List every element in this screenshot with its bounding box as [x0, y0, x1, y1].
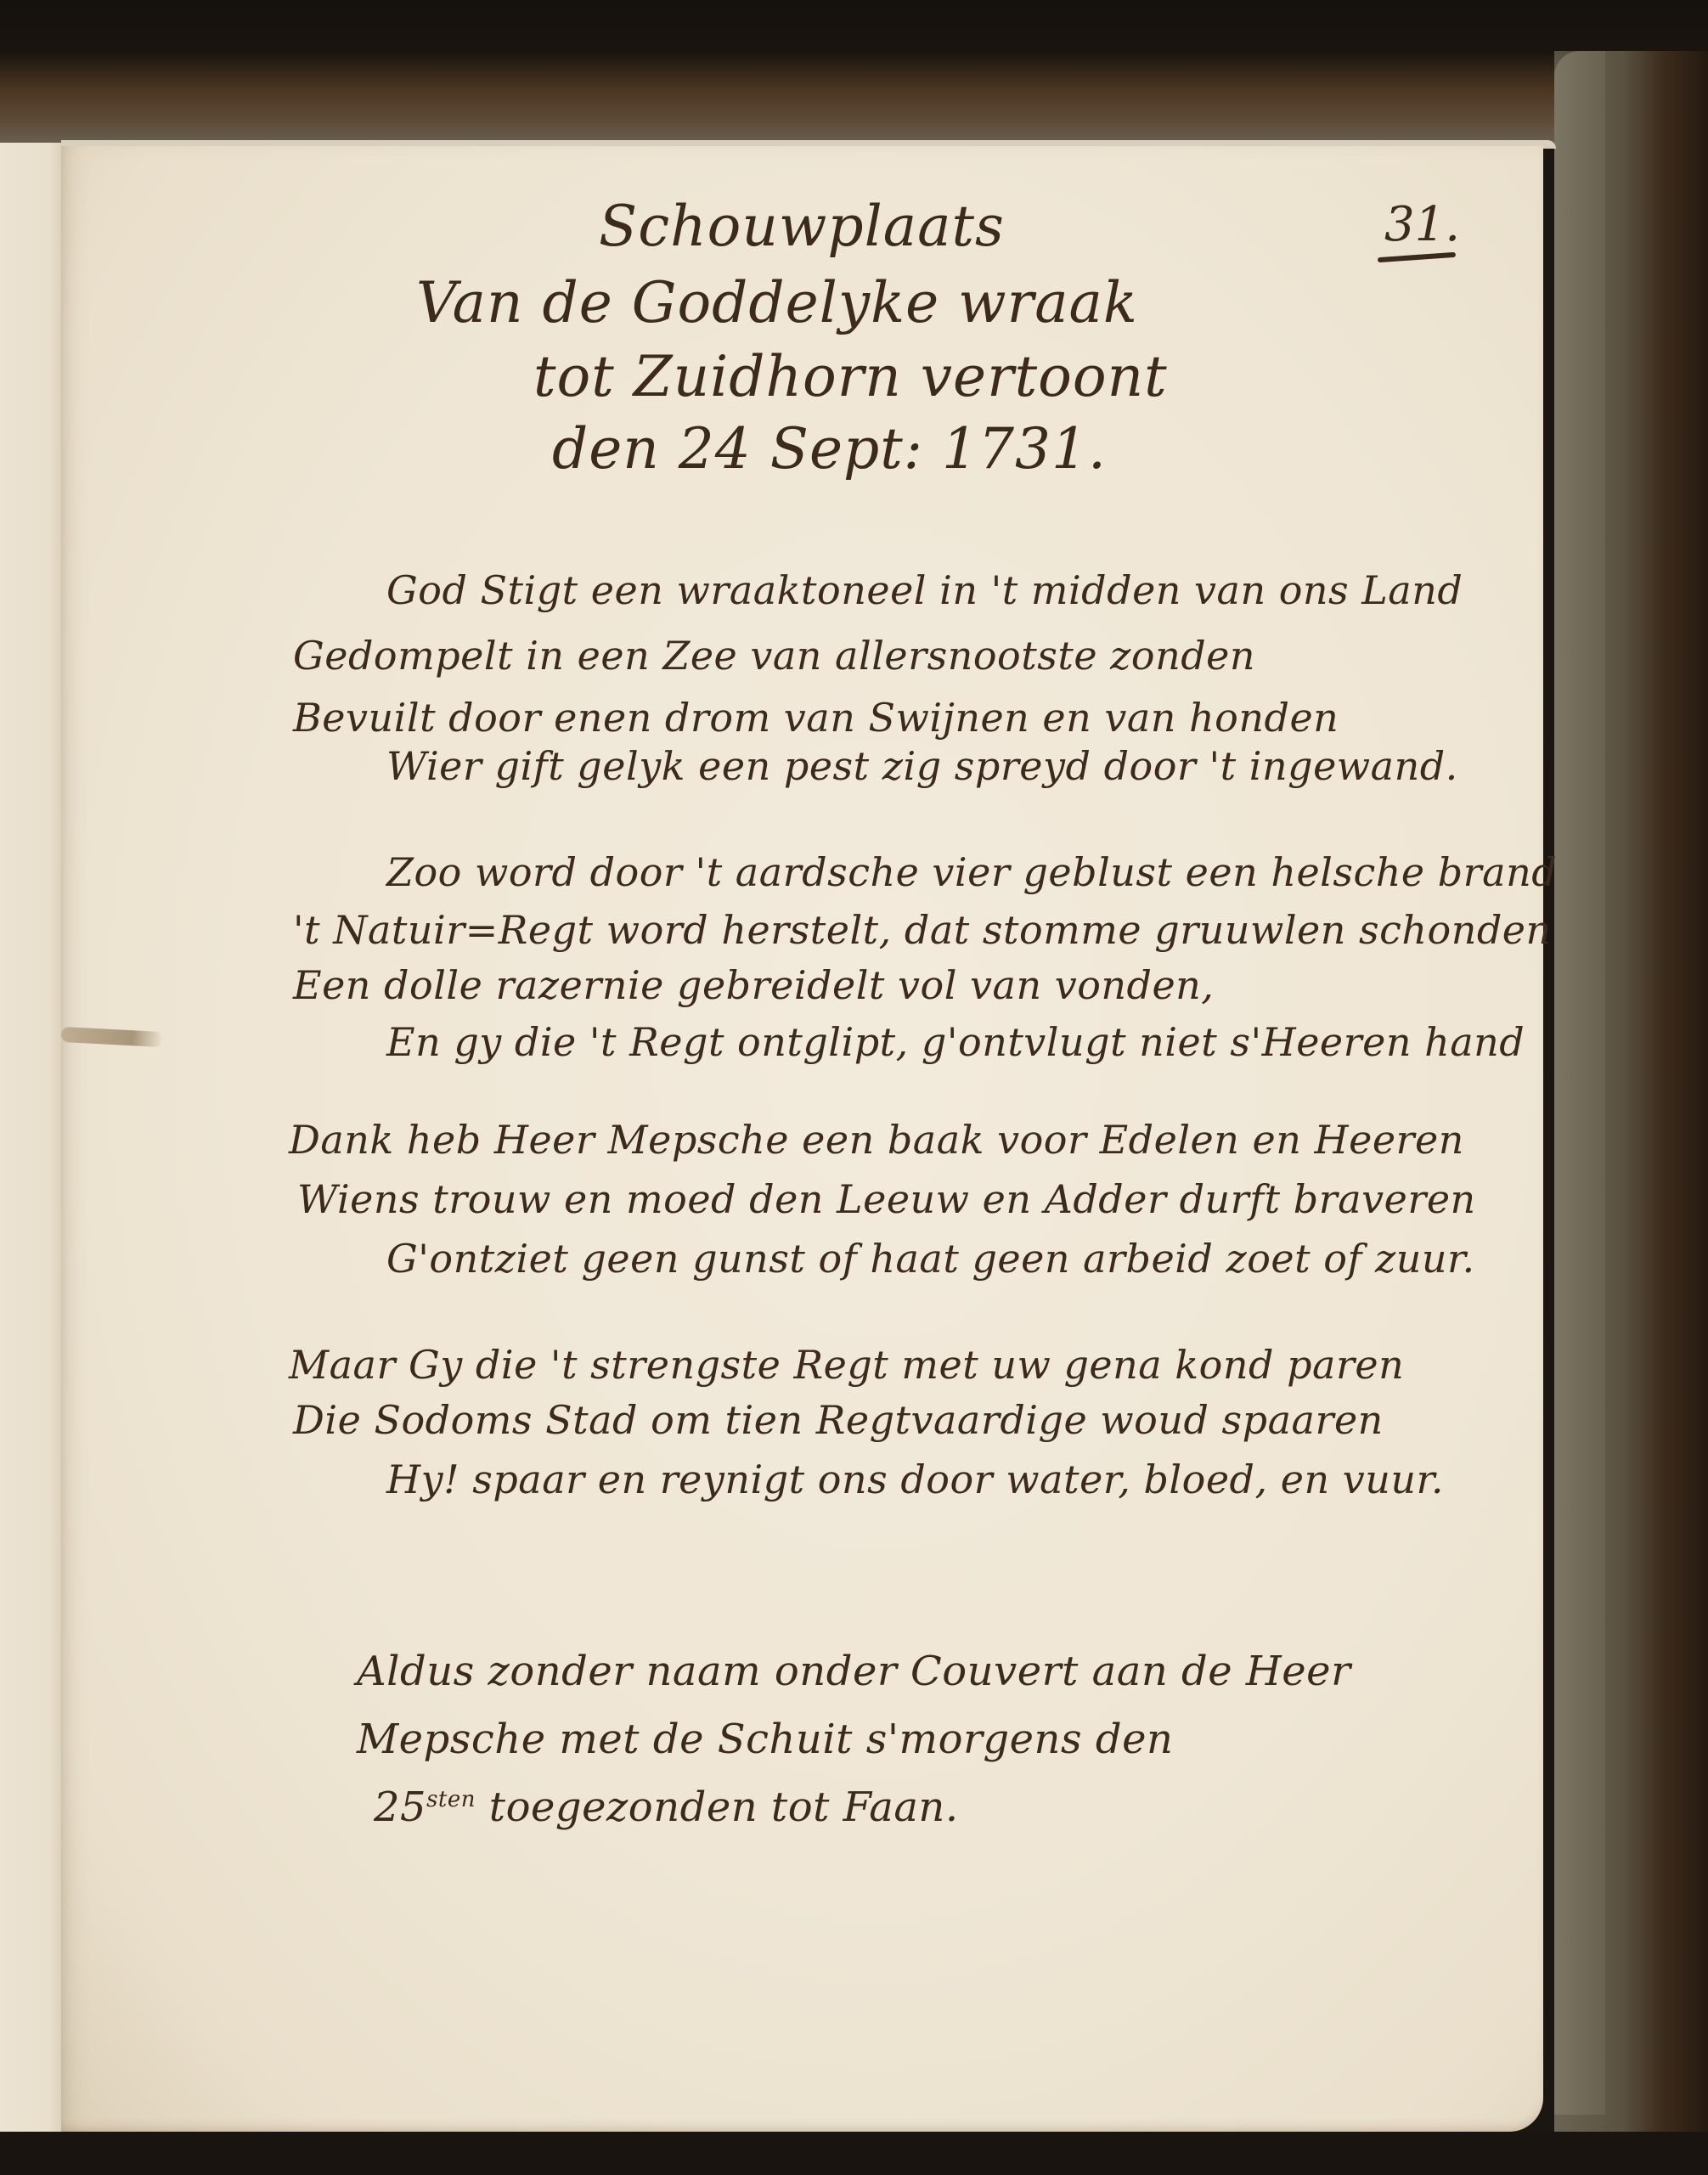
note-line-1: Aldus zonder naam onder Couvert aan de H… — [357, 1648, 1351, 1695]
stanza-1-line-2: Gedompelt in een Zee van allersnootste z… — [293, 633, 1255, 679]
stanza-3-line-1: Dank heb Heer Mepsche een baak voor Edel… — [289, 1117, 1464, 1163]
title-line-2: Van de Goddelyke wraak — [416, 270, 1138, 335]
stanza-4-line-3: Hy! spaar en reynigt ons door water, blo… — [386, 1457, 1444, 1502]
stanza-1-line-1: God Stigt een wraaktoneel in 't midden v… — [386, 567, 1463, 613]
stanza-2-line-1: Zoo word door 't aardsche vier geblust e… — [386, 849, 1557, 895]
stanza-4-line-2: Die Sodoms Stad om tien Regtvaardige wou… — [293, 1397, 1384, 1443]
note-line-3-text: toegezonden tot Faan. — [489, 1783, 959, 1831]
title-line-1: Schouwplaats — [599, 194, 1005, 259]
stanza-1-line-4: Wier gift gelyk een pest zig spreyd door… — [386, 743, 1458, 789]
stanza-2-line-2: 't Natuir=Regt word herstelt, dat stomme… — [293, 907, 1552, 953]
background-bottom — [0, 2132, 1708, 2175]
title-line-3: tot Zuidhorn vertoont — [533, 344, 1168, 409]
stanza-3-line-3: G'ontziet geen gunst of haat geen arbeid… — [386, 1236, 1475, 1282]
page-stack-edge — [1554, 51, 1605, 2115]
stanza-1-line-3: Bevuilt door enen drom van Swijnen en va… — [293, 695, 1339, 741]
left-page-edge — [0, 143, 61, 2132]
title-line-4: den 24 Sept: 1731. — [552, 416, 1107, 482]
stanza-2-line-4: En gy die 't Regt ontglipt, g'ontvlugt n… — [386, 1019, 1525, 1065]
book-cover-top — [0, 0, 1708, 149]
stanza-4-line-1: Maar Gy die 't strengste Regt met uw gen… — [289, 1342, 1404, 1388]
note-line-2: Mepsche met de Schuit s'morgens den — [357, 1716, 1173, 1763]
note-date-suffix: sten — [426, 1787, 476, 1812]
stanza-2-line-3: Een dolle razernie gebreidelt vol van vo… — [293, 962, 1214, 1008]
note-date-number: 25 — [374, 1783, 426, 1831]
note-line-3: 25sten toegezonden tot Faan. — [374, 1783, 959, 1831]
page-number: 31. — [1384, 197, 1460, 252]
stanza-3-line-2: Wiens trouw en moed den Leeuw en Adder d… — [297, 1176, 1476, 1222]
